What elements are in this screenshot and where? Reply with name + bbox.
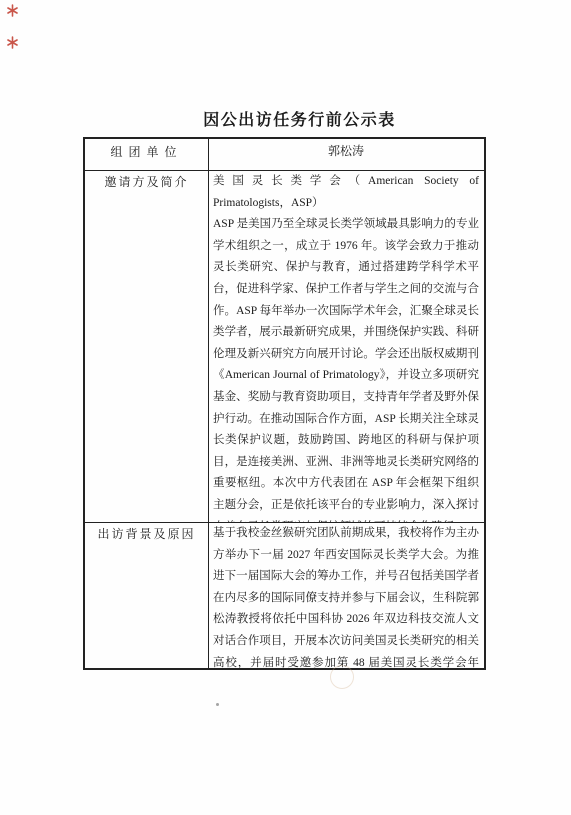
row-label-organizing-unit: 组团单位 xyxy=(85,139,209,170)
visit-background-paragraph: 基于我校金丝猴研究团队前期成果，我校将作为主办方举办下一届 2027 年西安国际… xyxy=(213,523,479,668)
document-title: 因公出访任务行前公示表 xyxy=(0,107,571,130)
inviting-party-paragraph: 美国灵长类学会（American Society of Primatologis… xyxy=(213,171,479,214)
organizing-unit-name: 郭松涛 xyxy=(213,143,479,159)
table-row-inviting-party: 邀请方及简介 美国灵长类学会（American Society of Prima… xyxy=(85,170,484,522)
red-mark-icon xyxy=(7,36,18,49)
table-row-organizing-unit: 组团单位 郭松涛 xyxy=(85,139,484,170)
scan-artifact-speck xyxy=(216,703,219,706)
row-label-inviting-party: 邀请方及简介 xyxy=(85,171,209,522)
scanned-document-page: 因公出访任务行前公示表 组团单位 郭松涛 邀请方及简介 美国灵长类学会（Amer… xyxy=(0,0,571,815)
row-value-organizing-unit: 郭松涛 xyxy=(209,139,484,170)
row-value-visit-background: 基于我校金丝猴研究团队前期成果，我校将作为主办方举办下一届 2027 年西安国际… xyxy=(209,523,484,668)
pre-departure-announcement-table: 组团单位 郭松涛 邀请方及简介 美国灵长类学会（American Society… xyxy=(83,137,486,670)
row-label-visit-background: 出访背景及原因 xyxy=(85,523,209,668)
inviting-party-paragraph: ASP 是美国乃至全球灵长类学领域最具影响力的专业学术组织之一，成立于 1976… xyxy=(213,214,479,522)
red-mark-icon xyxy=(7,4,18,17)
scan-artifact-circle xyxy=(330,665,354,689)
row-value-inviting-party: 美国灵长类学会（American Society of Primatologis… xyxy=(209,171,484,522)
table-row-visit-background: 出访背景及原因 基于我校金丝猴研究团队前期成果，我校将作为主办方举办下一届 20… xyxy=(85,522,484,668)
